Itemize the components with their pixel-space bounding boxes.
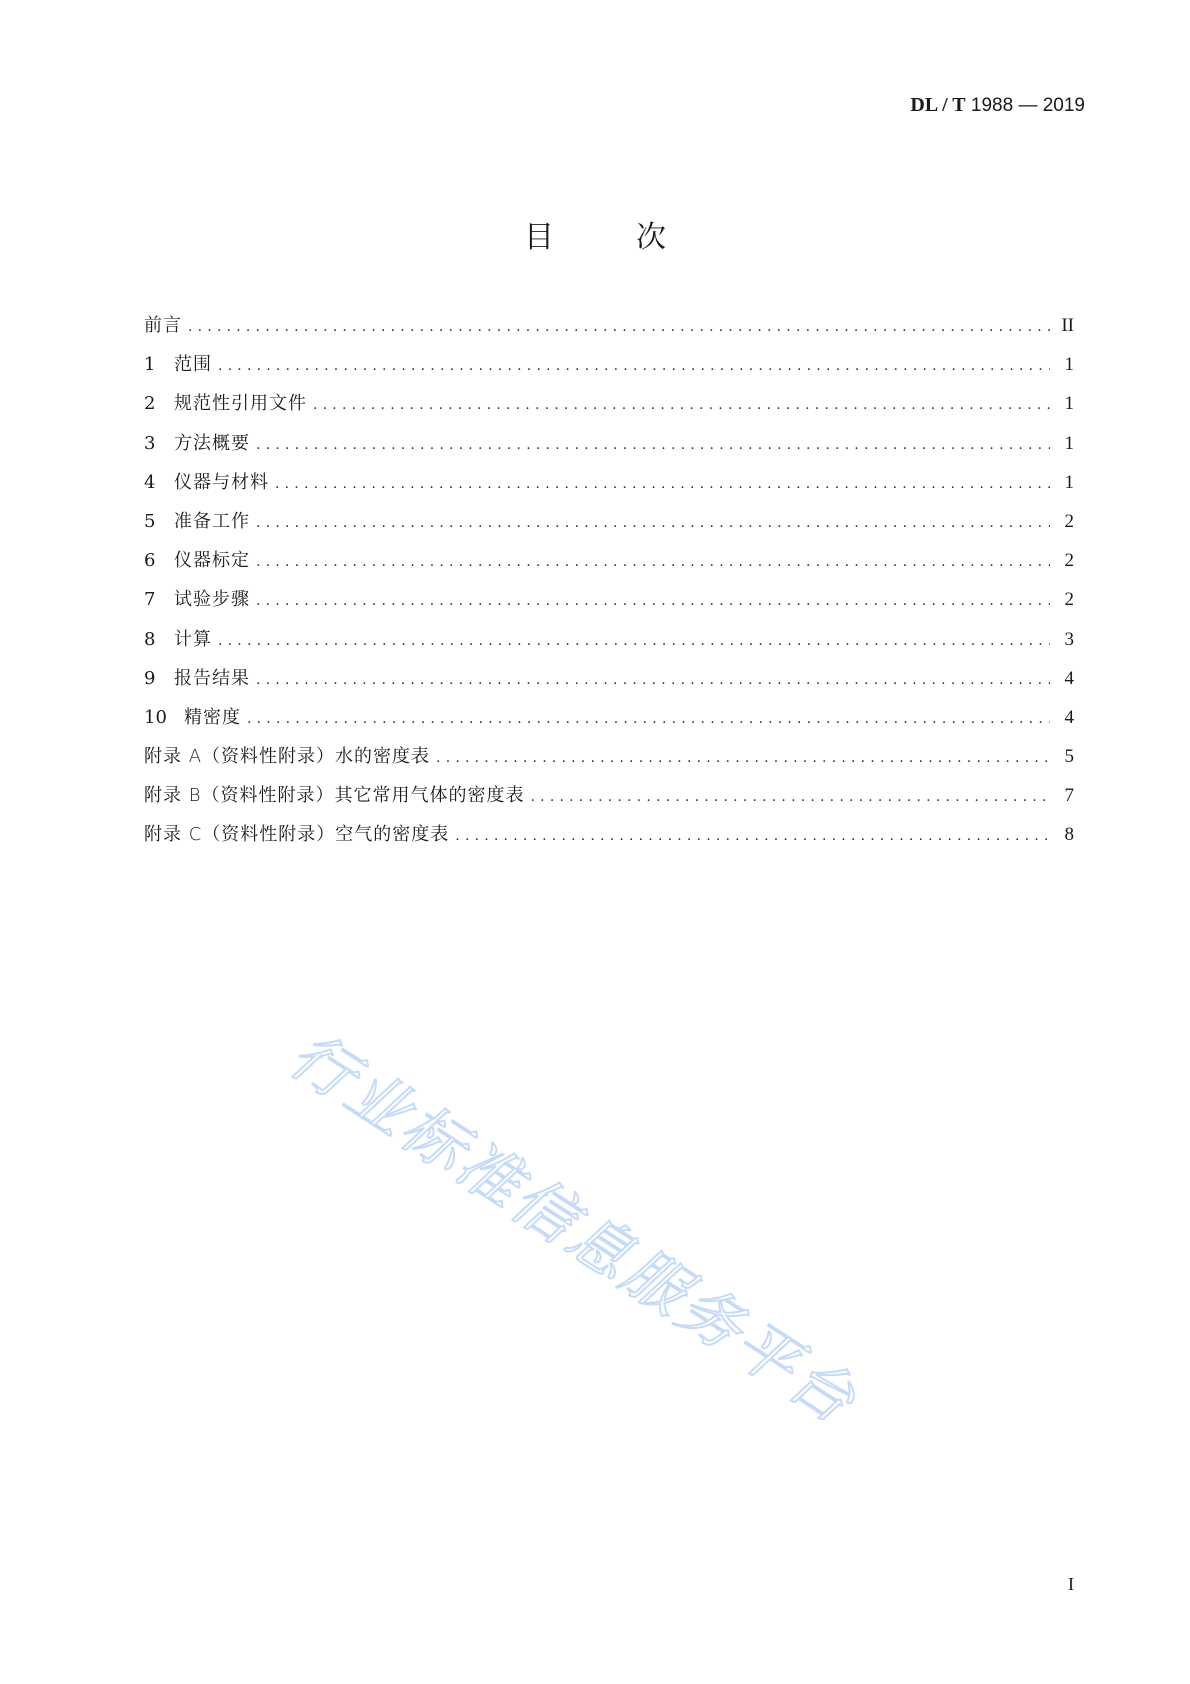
toc-entry-foreword[interactable]: 前言 .....................................… bbox=[144, 306, 1074, 345]
toc-entry-number: 5 bbox=[144, 502, 174, 541]
toc-dot-leader: ........................................… bbox=[218, 622, 1050, 661]
toc-entry-label: 准备工作 bbox=[174, 502, 250, 541]
toc-dot-leader: ........................................… bbox=[455, 817, 1050, 856]
toc-entry-5[interactable]: 5 准备工作 .................................… bbox=[144, 502, 1074, 541]
toc-dot-leader: ........................................… bbox=[247, 700, 1050, 739]
toc-entry-8[interactable]: 8 计算 ...................................… bbox=[144, 620, 1074, 659]
toc-entry-label: 方法概要 bbox=[174, 424, 250, 463]
toc-entry-page: 2 bbox=[1056, 502, 1074, 541]
toc-entry-page: 1 bbox=[1056, 424, 1074, 463]
table-of-contents: 前言 .....................................… bbox=[144, 306, 1074, 855]
toc-entry-appendix-c[interactable]: 附录 C（资料性附录）空气的密度表 ......................… bbox=[144, 815, 1074, 854]
toc-entry-number: 7 bbox=[144, 580, 174, 619]
watermark-text: 行业标准信息服务平台 bbox=[276, 1007, 878, 1441]
toc-dot-leader: ........................................… bbox=[275, 465, 1050, 504]
toc-entry-number: 4 bbox=[144, 463, 174, 502]
toc-entry-number: 2 bbox=[144, 384, 174, 423]
toc-entry-label: 精密度 bbox=[184, 698, 241, 737]
toc-dot-leader: ........................................… bbox=[188, 308, 1050, 347]
page-title: 目次 bbox=[0, 212, 1190, 256]
toc-dot-leader: ........................................… bbox=[256, 582, 1050, 621]
toc-entry-label: 报告结果 bbox=[174, 659, 250, 698]
toc-entry-page: 1 bbox=[1056, 345, 1074, 384]
standard-number: 1988 — 2019 bbox=[971, 95, 1085, 116]
toc-entry-label: 附录 A（资料性附录）水的密度表 bbox=[144, 737, 430, 776]
toc-entry-number: 9 bbox=[144, 659, 174, 698]
toc-dot-leader: ........................................… bbox=[313, 386, 1050, 425]
title-char-1: 目 bbox=[524, 212, 554, 256]
toc-entry-page: 3 bbox=[1056, 620, 1074, 659]
toc-entry-page: 2 bbox=[1056, 580, 1074, 619]
toc-entry-appendix-a[interactable]: 附录 A（资料性附录）水的密度表 .......................… bbox=[144, 737, 1074, 776]
toc-entry-page: II bbox=[1056, 306, 1074, 345]
toc-entry-number: 1 bbox=[144, 345, 174, 384]
toc-dot-leader: ........................................… bbox=[256, 543, 1050, 582]
toc-entry-label: 仪器标定 bbox=[174, 541, 250, 580]
toc-entry-page: 4 bbox=[1056, 659, 1074, 698]
toc-entry-page: 8 bbox=[1056, 815, 1074, 854]
toc-entry-page: 5 bbox=[1056, 737, 1074, 776]
toc-entry-1[interactable]: 1 范围 ...................................… bbox=[144, 345, 1074, 384]
toc-entry-label: 规范性引用文件 bbox=[174, 384, 307, 423]
toc-entry-label: 前言 bbox=[144, 306, 182, 345]
title-char-2: 次 bbox=[636, 212, 666, 256]
document-header: DL / T 1988 — 2019 bbox=[910, 94, 1085, 117]
toc-entry-number: 8 bbox=[144, 620, 174, 659]
toc-entry-label: 仪器与材料 bbox=[174, 463, 269, 502]
toc-entry-page: 1 bbox=[1056, 384, 1074, 423]
toc-entry-label: 附录 C（资料性附录）空气的密度表 bbox=[144, 815, 449, 854]
toc-dot-leader: ........................................… bbox=[531, 778, 1050, 817]
toc-entry-number: 3 bbox=[144, 424, 174, 463]
toc-entry-label: 范围 bbox=[174, 345, 212, 384]
toc-entry-label: 试验步骤 bbox=[174, 580, 250, 619]
toc-entry-page: 4 bbox=[1056, 698, 1074, 737]
toc-dot-leader: ........................................… bbox=[436, 739, 1050, 778]
toc-entry-4[interactable]: 4 仪器与材料 ................................… bbox=[144, 463, 1074, 502]
toc-entry-number: 10 bbox=[144, 698, 184, 737]
toc-entry-page: 7 bbox=[1056, 776, 1074, 815]
toc-entry-9[interactable]: 9 报告结果 .................................… bbox=[144, 659, 1074, 698]
toc-entry-6[interactable]: 6 仪器标定 .................................… bbox=[144, 541, 1074, 580]
toc-entry-3[interactable]: 3 方法概要 .................................… bbox=[144, 424, 1074, 463]
toc-dot-leader: ........................................… bbox=[256, 504, 1050, 543]
toc-entry-label: 计算 bbox=[174, 620, 212, 659]
toc-dot-leader: ........................................… bbox=[256, 426, 1050, 465]
toc-entry-10[interactable]: 10 精密度 .................................… bbox=[144, 698, 1074, 737]
toc-entry-number: 6 bbox=[144, 541, 174, 580]
toc-entry-page: 1 bbox=[1056, 463, 1074, 502]
toc-entry-page: 2 bbox=[1056, 541, 1074, 580]
toc-entry-7[interactable]: 7 试验步骤 .................................… bbox=[144, 580, 1074, 619]
standard-prefix: DL / T bbox=[910, 94, 965, 116]
footer-page-number: I bbox=[1068, 1574, 1074, 1595]
toc-dot-leader: ........................................… bbox=[218, 347, 1050, 386]
toc-dot-leader: ........................................… bbox=[256, 661, 1050, 700]
toc-entry-2[interactable]: 2 规范性引用文件 ..............................… bbox=[144, 384, 1074, 423]
toc-entry-label: 附录 B（资料性附录）其它常用气体的密度表 bbox=[144, 776, 525, 815]
toc-entry-appendix-b[interactable]: 附录 B（资料性附录）其它常用气体的密度表 ..................… bbox=[144, 776, 1074, 815]
